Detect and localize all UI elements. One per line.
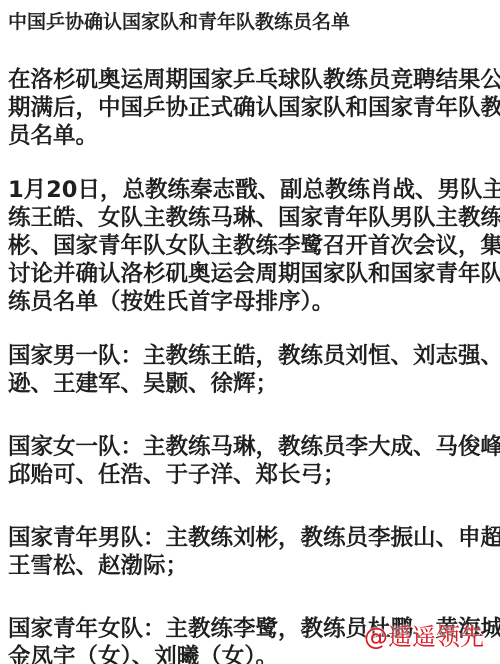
text-line: 1月20日，总教练秦志戬、副总教练肖战、男队主教 <box>8 176 500 204</box>
youth-men-team-paragraph: 国家青年男队：主教练刘彬，教练员李振山、申超、 王雪松、赵渤际； <box>8 524 500 580</box>
text-line: 讨论并确认洛杉矶奥运会周期国家队和国家青年队教 <box>8 260 500 288</box>
text-line: 期满后，中国乒协正式确认国家队和国家青年队教练 <box>8 94 500 122</box>
text-line: 逊、王建军、吴颢、徐辉； <box>8 370 500 398</box>
text-line: 国家男一队：主教练王皓，教练员刘恒、刘志强、孙 <box>8 342 500 370</box>
text-line: 邱贻可、任浩、于子洋、郑长弓； <box>8 461 500 489</box>
text-line: 彬、国家青年队女队主教练李鹭召开首次会议，集体 <box>8 232 500 260</box>
text-line: 在洛杉矶奥运周期国家乒乓球队教练员竞聘结果公示 <box>8 66 500 94</box>
text-line: 国家女一队：主教练马琳，教练员李大成、马俊峰、 <box>8 433 500 461</box>
text-line: 练王皓、女队主教练马琳、国家青年队男队主教练刘 <box>8 204 500 232</box>
text-line: 员名单。 <box>8 122 500 150</box>
text-line: 练员名单（按姓氏首字母排序）。 <box>8 288 500 316</box>
text-line: 国家青年男队：主教练刘彬，教练员李振山、申超、 <box>8 524 500 552</box>
watermark: @遥遥领先 <box>364 623 484 651</box>
text-line: 王雪松、赵渤际； <box>8 552 500 580</box>
women-team-paragraph: 国家女一队：主教练马琳，教练员李大成、马俊峰、 邱贻可、任浩、于子洋、郑长弓； <box>8 433 500 489</box>
article-title: 中国乒协确认国家队和青年队教练员名单 <box>8 8 350 36</box>
men-team-paragraph: 国家男一队：主教练王皓，教练员刘恒、刘志强、孙 逊、王建军、吴颢、徐辉； <box>8 342 500 398</box>
intro-paragraph: 在洛杉矶奥运周期国家乒乓球队教练员竞聘结果公示 期满后，中国乒协正式确认国家队和… <box>8 66 500 150</box>
meeting-paragraph: 1月20日，总教练秦志戬、副总教练肖战、男队主教 练王皓、女队主教练马琳、国家青… <box>8 176 500 316</box>
